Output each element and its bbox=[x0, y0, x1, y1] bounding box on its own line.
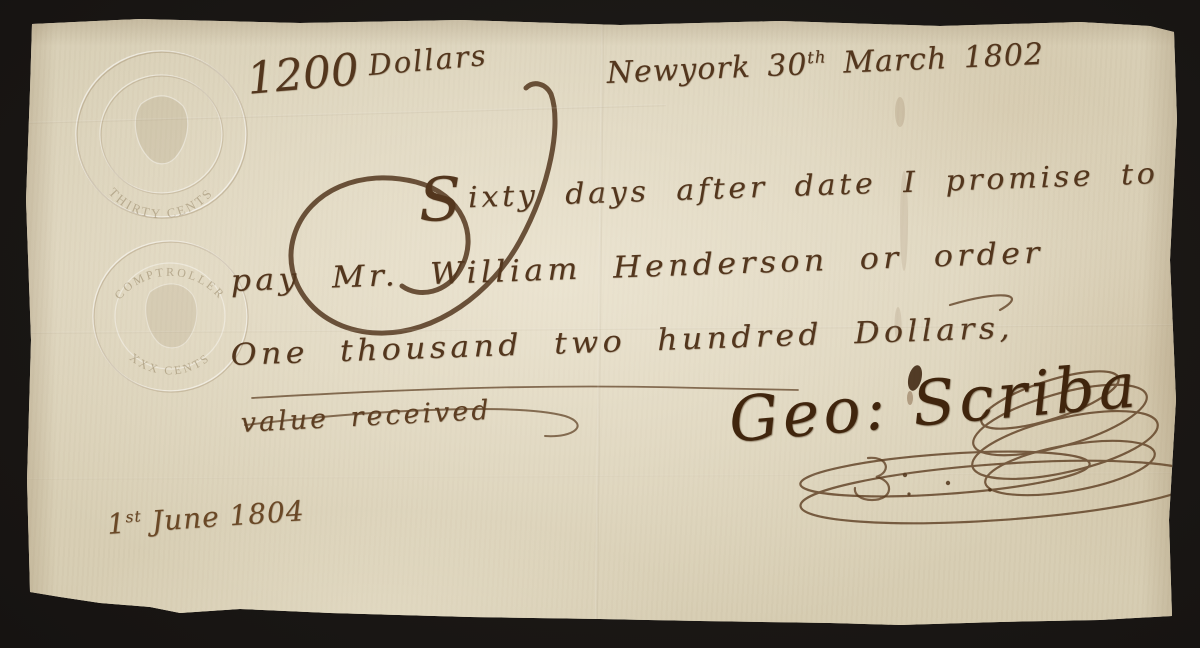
body-line-1: Sixty days after date I promise to bbox=[418, 156, 1159, 216]
endorsement-date: 1st June 1804 bbox=[106, 494, 306, 541]
dateline-month-year: March 1802 bbox=[826, 37, 1045, 81]
embossed-seal-bottom: COMPTROLLER XXX CENTS bbox=[88, 236, 252, 396]
promissory-note-paper: THIRTY CENTS COMPTROLLER XXX CENTS bbox=[26, 16, 1180, 648]
embossed-seal-bottom-art: COMPTROLLER XXX CENTS bbox=[88, 236, 252, 396]
endorsement-ordinal-suffix: st bbox=[125, 507, 142, 526]
embossed-seal-top: THIRTY CENTS bbox=[71, 46, 251, 222]
signature-geo-scriba: Geo: Scriba bbox=[726, 348, 1142, 457]
dateline-place-day: Newyork 30 bbox=[606, 47, 808, 91]
photograph-background: THIRTY CENTS COMPTROLLER XXX CENTS bbox=[0, 0, 1200, 648]
body-drop-initial: S bbox=[417, 164, 466, 236]
underline-flourish bbox=[252, 386, 798, 398]
dateline: Newyork 30th March 1802 bbox=[606, 37, 1045, 91]
svg-text:XXX CENTS: XXX CENTS bbox=[127, 350, 213, 377]
signature-flourish-dots bbox=[903, 473, 992, 496]
embossed-seal-top-art: THIRTY CENTS bbox=[71, 46, 251, 222]
seal-rim-text-xxx-cents: XXX CENTS bbox=[127, 350, 213, 377]
endorsement-day: 1 bbox=[106, 507, 127, 541]
seal-globe-motif bbox=[146, 284, 197, 348]
amount-line: 1200Dollars bbox=[245, 33, 490, 105]
endorsement-month-year: June 1804 bbox=[141, 494, 306, 538]
fold-crease-horizontal-lower bbox=[26, 472, 1180, 480]
dateline-ordinal-suffix: th bbox=[807, 47, 827, 67]
seal-eagle-shield-motif bbox=[135, 96, 187, 164]
amount-word: Dollars bbox=[367, 38, 489, 82]
seal-rim-text-top-seal: THIRTY CENTS bbox=[106, 185, 216, 222]
amount-number: 1200 bbox=[245, 44, 361, 105]
body-line-3: One thousand two hundred Dollars, bbox=[230, 311, 1014, 373]
signature-paraph-3 bbox=[855, 458, 889, 500]
svg-text:THIRTY CENTS: THIRTY CENTS bbox=[106, 185, 216, 222]
value-received-line: value received bbox=[240, 395, 492, 439]
body-line-2: pay Mr. William Henderson or order bbox=[230, 236, 1044, 299]
order-swash bbox=[950, 295, 1012, 310]
body-line-1-text: ixty days after date I promise to bbox=[467, 156, 1159, 214]
